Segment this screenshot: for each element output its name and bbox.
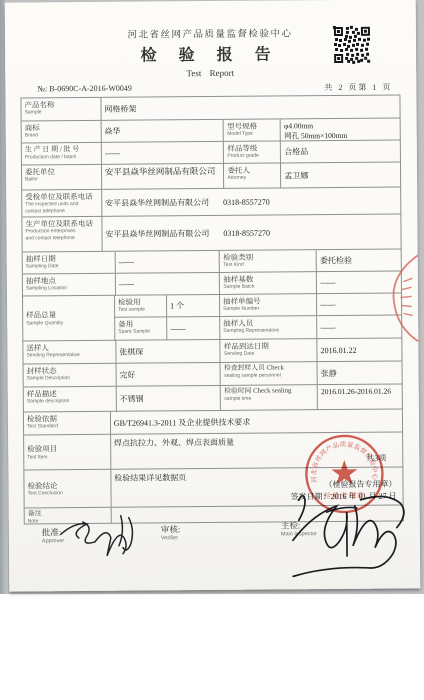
table-subrow: 备用 Spare Sample ------- 抽样人员 Sampling Re…	[115, 316, 402, 341]
field-value: 1 个	[167, 295, 220, 317]
table-row: 委托单位 Bailor 安平县焱华丝网制品有限公司 委托人 Attorney 孟…	[22, 163, 401, 191]
field-label: 抽样地点 Sampling Location	[23, 274, 116, 297]
main-inspector-label-en: Main Inspector	[281, 531, 317, 538]
field-label: 备注 Note	[25, 508, 112, 525]
table-row: 抽样地点 Sampling Location ------- 抽样基数 Samp…	[23, 272, 402, 297]
field-label: 商标 Brand	[22, 121, 102, 144]
table-row: 商标 Brand 焱华 型号规格 Model Type φ4.00mm 网孔 5…	[22, 119, 401, 144]
field-value: 网格桥架	[101, 96, 400, 121]
verifier-label: 审核:	[161, 524, 180, 534]
sample-quantity-subtable: 检验用 Test sample 1 个 抽样单编号 Sample Number …	[115, 294, 402, 341]
scan-background: 河北省丝网产品质量监督检验中心 检 验 报 告 Test Report №: B…	[0, 0, 424, 594]
report-number: №: B-0690C-A-2016-W0049	[37, 84, 132, 94]
field-value: 张棋琛	[116, 340, 221, 364]
qr-code-icon	[333, 26, 371, 64]
field-label: 备用 Spare Sample	[115, 317, 167, 340]
field-label: 检验类别 Test Kind	[220, 250, 317, 273]
partial-edge-stamp	[388, 247, 421, 347]
inspection-seal: 河北省丝网产品质量监督检验中心 检验专用章	[302, 432, 387, 517]
report-subtitle: Test Report	[20, 67, 400, 80]
field-label: 样品到达日期 Sending Date	[221, 339, 318, 363]
main-inspector-label: 主检:	[281, 520, 300, 530]
field-label: 受检单位及联系电话 The inspected units and contac…	[22, 190, 102, 218]
field-label: 样品总量 Sample Quantity	[23, 296, 115, 342]
field-label: 检验时间 Check sealing sample time	[221, 385, 318, 411]
field-label: 封样状态 Sample Description	[24, 364, 117, 388]
qr-finder-tl	[334, 27, 343, 36]
field-label: 检验项目 Test Item	[24, 435, 111, 471]
table-subrow: 检验用 Test sample 1 个 抽样单编号 Sample Number …	[115, 294, 402, 318]
field-label: 样品等级 Product grade	[224, 141, 281, 163]
table-row: 封样状态 Sample Description 完好 检查封样人员 Check …	[24, 362, 403, 388]
table-row: 样品总量 Sample Quantity 检验用 Test sample 1 个…	[23, 294, 402, 342]
field-label: 检查封样人员 Check sealing sample personnel	[221, 362, 318, 386]
field-label: 送样人 Sending Representative	[23, 341, 116, 365]
field-value: 2016.01.26-2016.01.26	[318, 385, 403, 411]
field-value: 完好	[116, 363, 221, 387]
field-label: 型号规格 Model Type	[224, 119, 281, 141]
field-value: 安平县焱华丝网制品有限公司	[102, 164, 225, 190]
table-row: 生产单位及联系电话 Production enterprises and con…	[22, 215, 401, 253]
phone-number: 0318-8557270	[223, 197, 270, 206]
field-label: 生产单位及联系电话 Production enterprises and con…	[22, 217, 102, 253]
field-label: 抽样基数 Sample Batch	[220, 272, 317, 295]
qr-finder-bl	[334, 54, 343, 63]
field-value: 张静	[318, 362, 403, 386]
seal-label: 检验专用章	[324, 491, 365, 500]
field-value: -------	[116, 273, 221, 296]
field-value: φ4.00mm 网孔 50mm×100mm	[281, 119, 401, 142]
verifier-block: 审核: Verifier	[161, 523, 181, 542]
field-label: 产品名称 Sample	[21, 98, 101, 122]
table-row: 抽样日期 Sampling Date ------- 检验类别 Test Kin…	[23, 250, 402, 275]
field-label: 抽样人员 Sampling Representative	[220, 316, 317, 340]
field-label: 抽样日期 Sampling Date	[23, 252, 116, 275]
field-value: 安平县焱华丝网制品有限公司 0318-8557270	[102, 215, 401, 252]
field-value: -------	[102, 142, 225, 165]
field-value: 安平县焱华丝网制品有限公司 0318-8557270	[102, 188, 401, 217]
field-value: -------	[167, 317, 220, 340]
scanned-test-report: 河北省丝网产品质量监督检验中心 检 验 报 告 Test Report №: B…	[0, 0, 424, 700]
field-label: 抽样单编号 Sample Number	[220, 294, 317, 317]
approver-label: 批准:	[42, 527, 61, 537]
field-label: 检验结论 Test Conclusion	[24, 470, 111, 509]
report-paper: 河北省丝网产品质量监督检验中心 检 验 报 告 Test Report №: B…	[5, 0, 421, 592]
page-indicator: 共 2 页第 1 页	[324, 82, 392, 94]
field-label: 检验用 Test sample	[115, 295, 167, 317]
field-value: 合格品	[281, 141, 401, 164]
field-label: 委托人 Attorney	[224, 163, 281, 188]
seal-star-icon	[331, 460, 357, 485]
qr-finder-tr	[361, 27, 370, 36]
approver-label-en: Approver	[42, 538, 64, 545]
field-value: 焱华	[101, 120, 224, 143]
field-label: 委托单位 Bailor	[22, 165, 102, 191]
field-label: 样品描述 Sample description	[24, 387, 117, 413]
approver-block: 批准: Approver	[42, 526, 64, 545]
table-row: 生 产 日 期 / 批 号 Production date / batch --…	[22, 141, 401, 166]
table-row: 送样人 Sending Representative 张棋琛 样品到达日期 Se…	[23, 339, 402, 365]
main-inspector-block: 主检: Main Inspector	[281, 519, 317, 538]
phone-number: 0318-8557270	[223, 228, 270, 237]
field-label: 检验依据 Test Standard	[24, 412, 111, 436]
field-value: 孟卫娜	[281, 163, 401, 189]
table-row: 受检单位及联系电话 The inspected units and contac…	[22, 188, 401, 218]
verifier-label-en: Verifier	[161, 535, 180, 542]
field-value: 不锈钢	[116, 386, 221, 412]
field-label: 生 产 日 期 / 批 号 Production date / batch	[22, 143, 102, 166]
table-row: 产品名称 Sample 网格桥架	[21, 96, 400, 122]
table-row: 样品描述 Sample description 不锈钢 检验时间 Check s…	[24, 385, 403, 413]
field-value: -------	[115, 251, 220, 274]
